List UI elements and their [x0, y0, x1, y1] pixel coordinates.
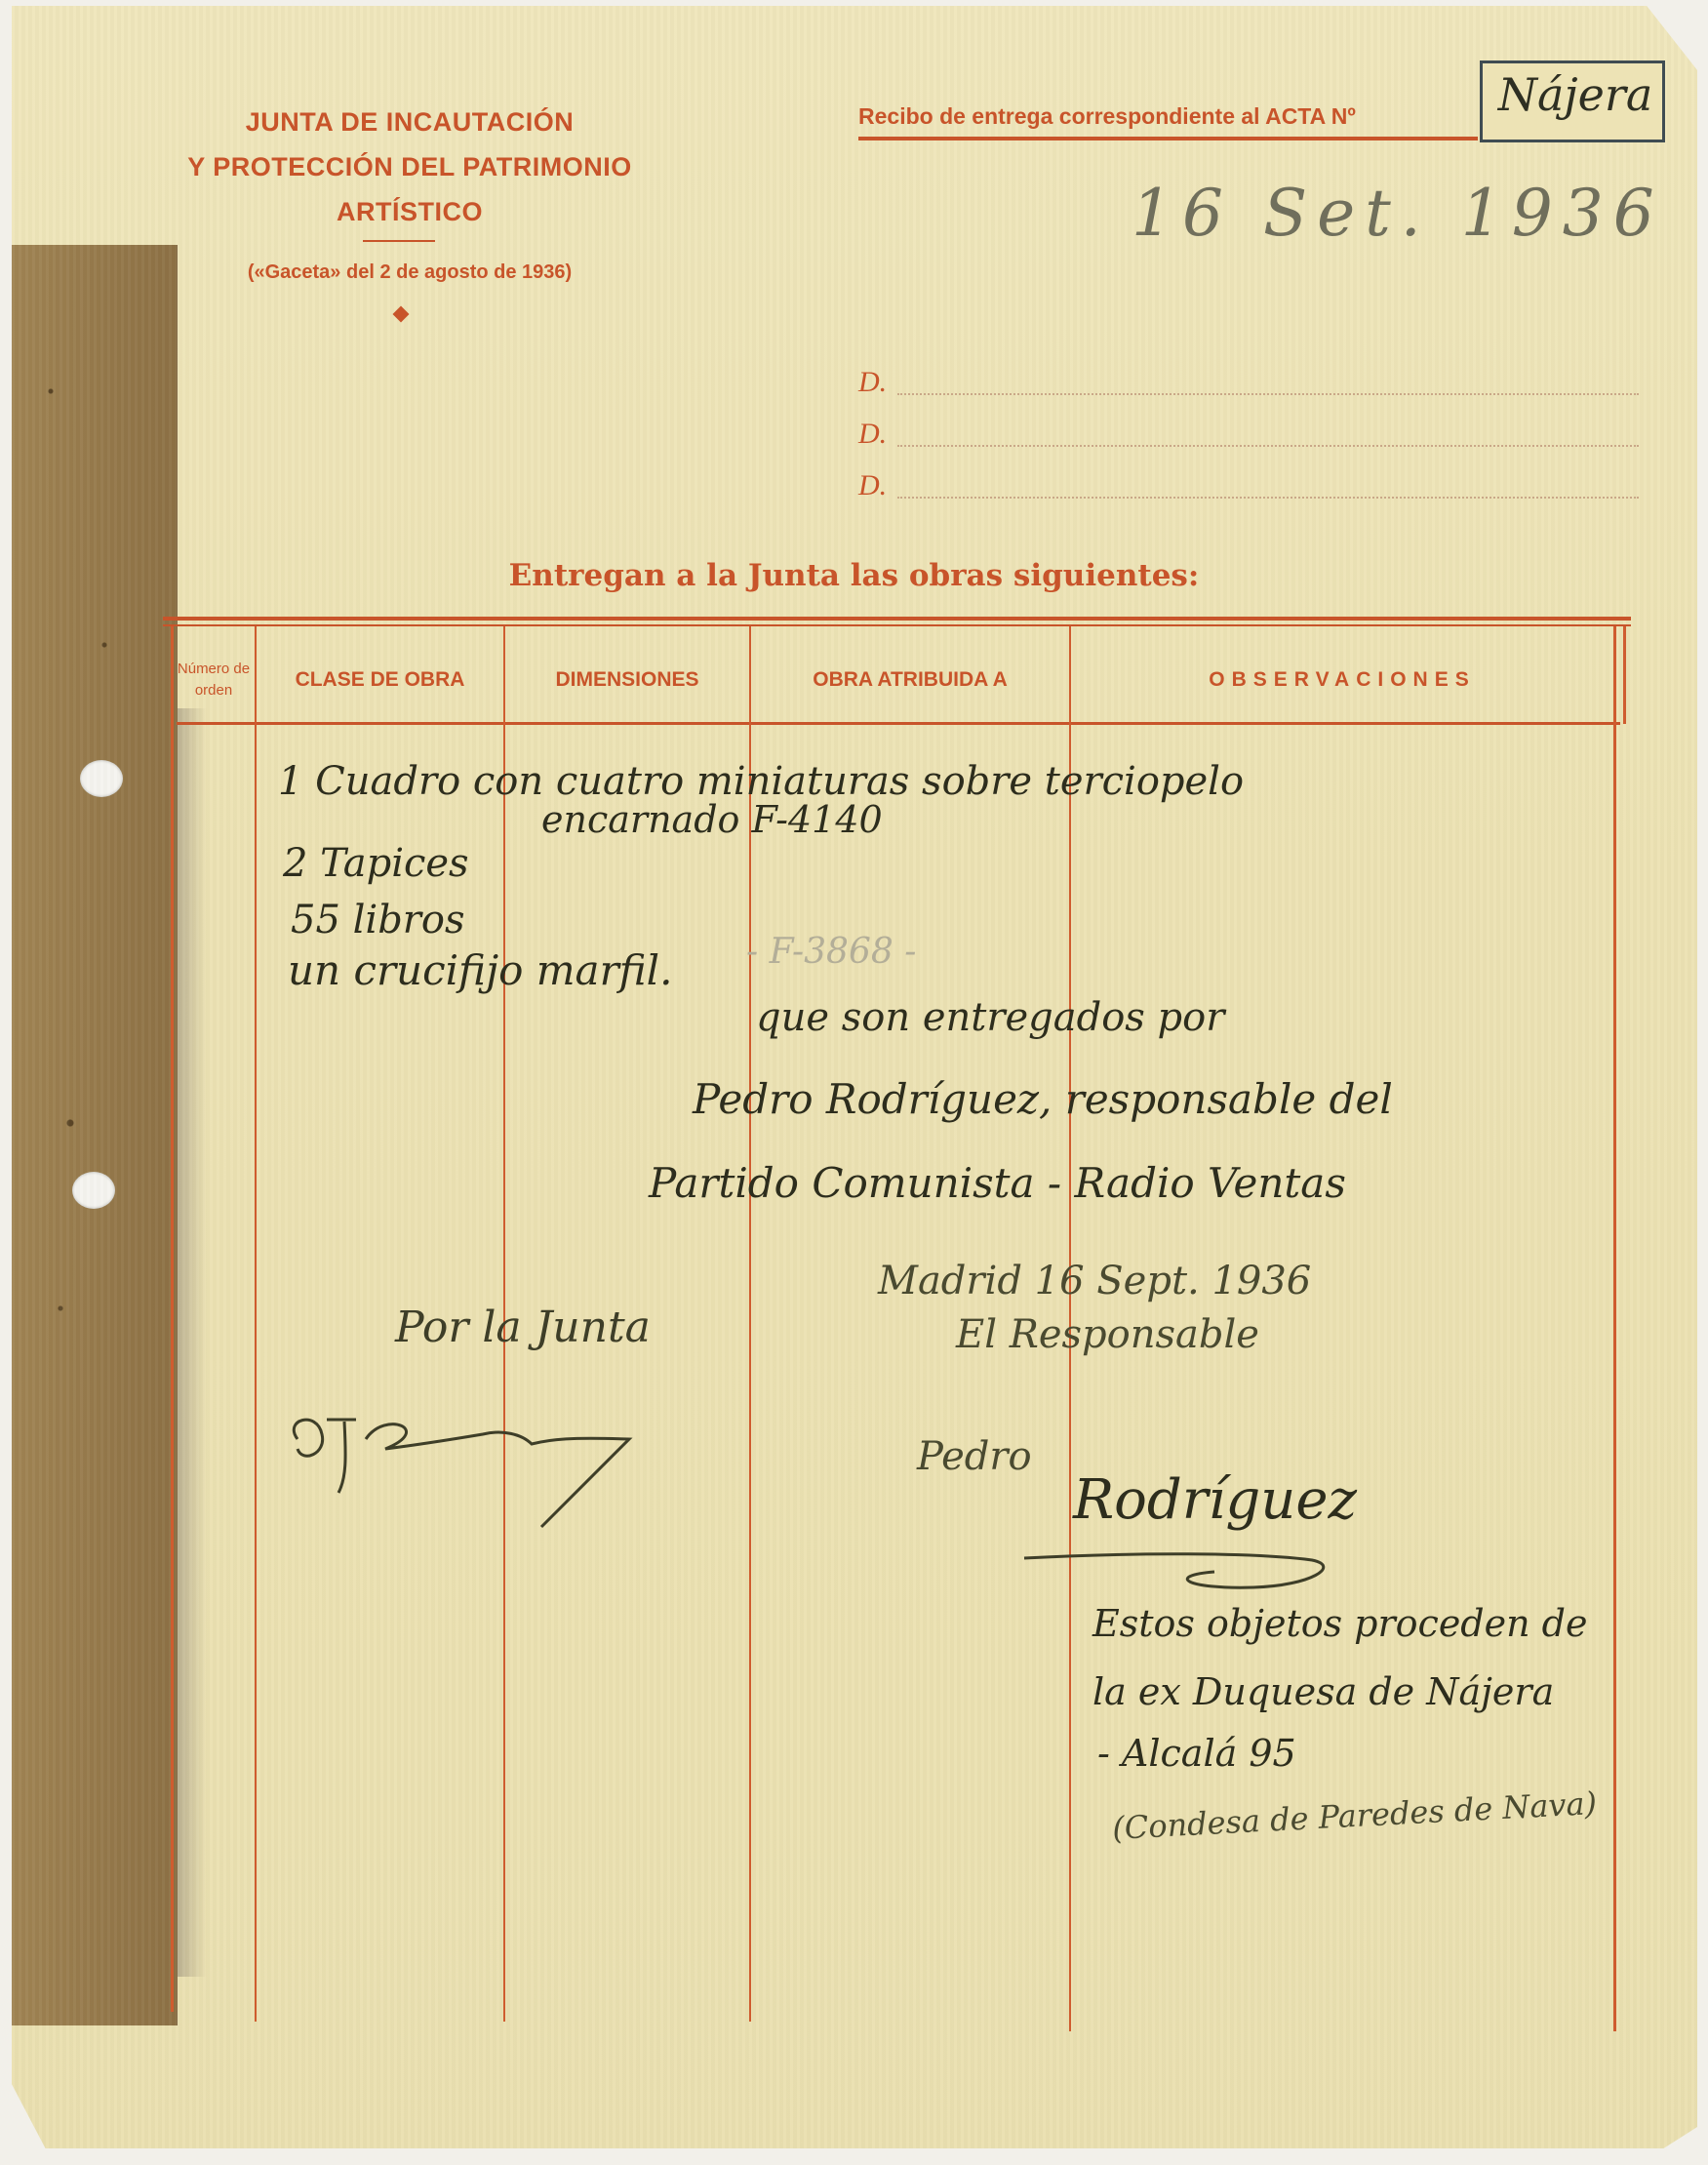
signatory-surname: Rodríguez [1073, 1468, 1357, 1532]
entry-cuadro-cont: encarnado F-4140 [541, 798, 883, 841]
col-header-dimensiones: DIMENSIONES [505, 646, 749, 714]
punch-hole-lower [72, 1172, 115, 1209]
origin-line-1: Estos objetos proceden de [1092, 1602, 1588, 1645]
signatory-first-name: Pedro [917, 1434, 1032, 1479]
org-line-1: JUNTA DE INCAUTACIÓN [137, 100, 683, 144]
receipt-label: Recibo de entrega correspondiente al ACT… [858, 103, 1356, 130]
handwritten-date: 16 Set. 1936 [1132, 176, 1664, 251]
col-header-clase: CLASE DE OBRA [257, 646, 503, 714]
section-title: Entregan a la Junta las obras siguientes… [0, 558, 1708, 593]
org-line-2: Y PROTECCIÓN DEL PATRIMONIO [137, 144, 683, 189]
recipient-label: D. [858, 469, 887, 501]
entry-tapices: 2 Tapices [283, 841, 469, 886]
col-header-atribuida: OBRA ATRIBUIDA A [751, 646, 1069, 714]
origin-line-2: la ex Duquesa de Nájera [1092, 1670, 1554, 1713]
note-line-1: que son entregados por [756, 995, 1224, 1040]
place-date: Madrid 16 Sept. 1936 [878, 1259, 1311, 1303]
entry-libros: 55 libros [291, 898, 465, 942]
table-border-left [171, 626, 174, 2012]
entry-crucifijo: un crucifijo marfil. [288, 946, 672, 994]
table-header-rule [177, 722, 1620, 727]
org-line-3: ARTÍSTICO [137, 189, 683, 234]
note-line-3: Partido Comunista - Radio Ventas [649, 1159, 1346, 1207]
receipt-underline [858, 137, 1478, 140]
col-divider-1 [255, 626, 257, 2022]
col-header-observaciones: OBSERVACIONES [1071, 646, 1613, 714]
org-divider [363, 240, 435, 242]
table-border-right [1613, 626, 1616, 2031]
recipient-line-1: D. [858, 366, 1639, 405]
acta-value: Nájera [1488, 68, 1663, 121]
junta-signature-icon [278, 1400, 649, 1537]
dotted-rule [897, 497, 1639, 499]
recipient-line-3: D. [858, 469, 1639, 508]
origin-line-3: - Alcalá 95 [1097, 1732, 1296, 1775]
table-top-rule [163, 617, 1631, 626]
recipient-line-2: D. [858, 418, 1639, 457]
note-line-2: Pedro Rodríguez, responsable del [693, 1075, 1393, 1123]
binding-tab [12, 245, 178, 2025]
dotted-rule [897, 393, 1639, 395]
punch-hole-upper [80, 760, 123, 797]
table-border-right-outer [1623, 626, 1626, 724]
recipient-label-junta: Por la Junta [395, 1303, 651, 1352]
org-title: JUNTA DE INCAUTACIÓN Y PROTECCIÓN DEL PA… [137, 100, 683, 234]
recipient-label: D. [858, 418, 887, 450]
col-header-numero: Número de orden [173, 646, 255, 714]
entry-inventory-number: - F-3868 - [746, 932, 916, 972]
gaceta-reference: («Gaceta» del 2 de agosto de 1936) [137, 261, 683, 284]
dotted-rule [897, 445, 1639, 447]
responsable-label: El Responsable [956, 1312, 1259, 1357]
signature-flourish-icon [1019, 1546, 1351, 1595]
recipient-label: D. [858, 366, 887, 398]
